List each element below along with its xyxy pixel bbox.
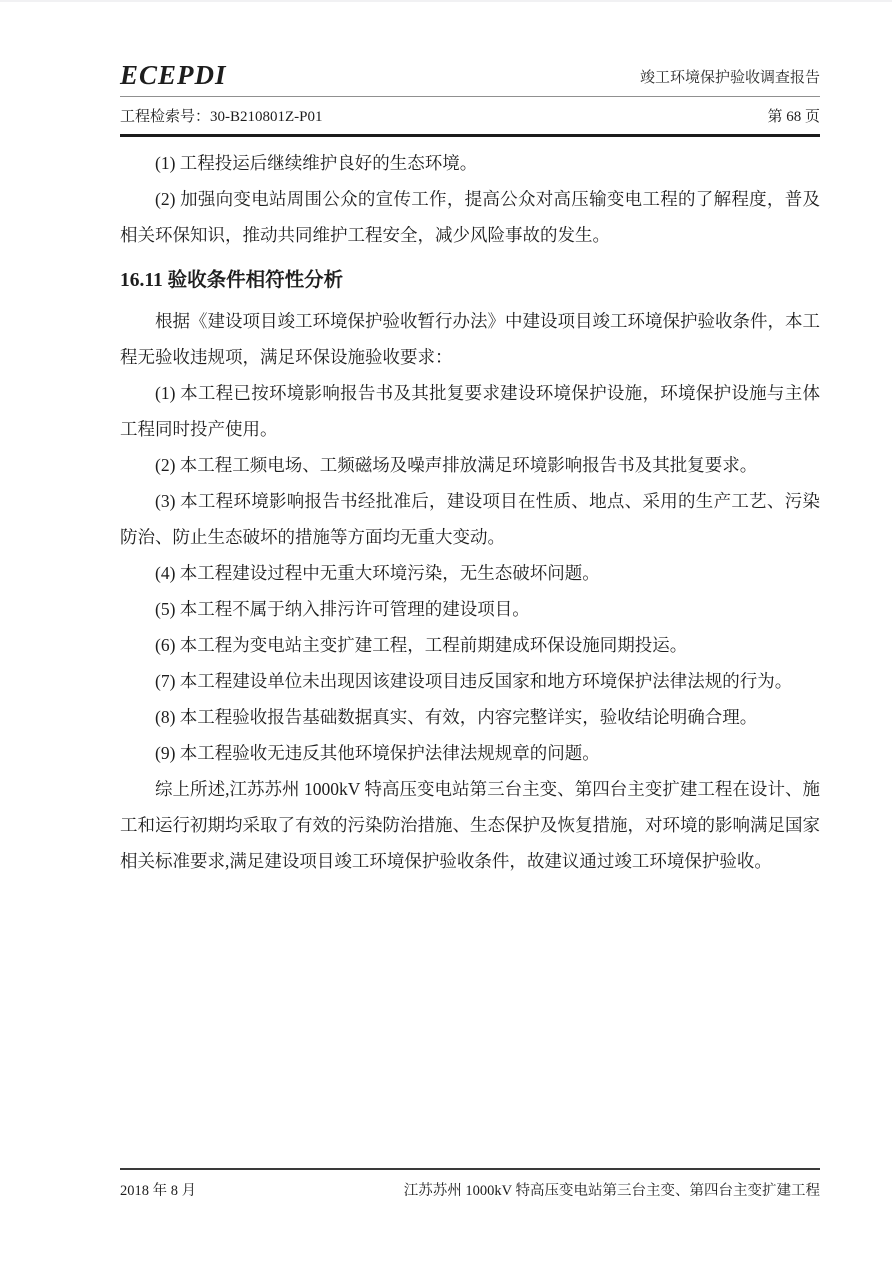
paragraph-intro: 根据《建设项目竣工环境保护验收暂行办法》中建设项目竣工环境保护验收条件，本工程无… [120,303,820,375]
paragraph-recommendation-1: (1) 工程投运后继续维护良好的生态环境。 [120,145,820,181]
paragraph-condition-7: (7) 本工程建设单位未出现因该建设项目违反国家和地方环境保护法律法规的行为。 [120,663,820,699]
document-body: (1) 工程投运后继续维护良好的生态环境。 (2) 加强向变电站周围公众的宣传工… [0,137,892,879]
section-heading-16-11: 16.11 验收条件相符性分析 [120,263,820,299]
project-index-number: 工程检索号：30-B210801Z-P01 [120,105,323,126]
page-number: 第 68 页 [767,105,820,126]
page-footer: 2018 年 8 月 江苏苏州 1000kV 特高压变电站第三台主变、第四台主变… [120,1168,820,1200]
paragraph-condition-5: (5) 本工程不属于纳入排污许可管理的建设项目。 [120,591,820,627]
paragraph-condition-3: (3) 本工程环境影响报告书经批准后，建设项目在性质、地点、采用的生产工艺、污染… [120,483,820,555]
paragraph-condition-9: (9) 本工程验收无违反其他环境保护法律法规规章的问题。 [120,735,820,771]
paragraph-condition-8: (8) 本工程验收报告基础数据真实、有效，内容完整详实，验收结论明确合理。 [120,699,820,735]
paragraph-condition-6: (6) 本工程为变电站主变扩建工程，工程前期建成环保设施同期投运。 [120,627,820,663]
paragraph-conclusion: 综上所述,江苏苏州 1000kV 特高压变电站第三台主变、第四台主变扩建工程在设… [120,771,820,879]
paragraph-condition-4: (4) 本工程建设过程中无重大环境污染，无生态破坏问题。 [120,555,820,591]
page-header: ECEPDI 竣工环境保护验收调查报告 工程检索号：30-B210801Z-P0… [0,2,892,137]
paragraph-condition-2: (2) 本工程工频电场、工频磁场及噪声排放满足环境影响报告书及其批复要求。 [120,447,820,483]
report-title: 竣工环境保护验收调查报告 [640,66,820,89]
footer-date: 2018 年 8 月 [120,1179,196,1200]
header-meta-row: 工程检索号：30-B210801Z-P01 第 68 页 [120,97,820,134]
header-logo-row: ECEPDI 竣工环境保护验收调查报告 [120,62,820,96]
paragraph-recommendation-2: (2) 加强向变电站周围公众的宣传工作，提高公众对高压输变电工程的了解程度，普及… [120,181,820,253]
ecepdi-logo: ECEPDI [120,62,227,89]
document-page: ECEPDI 竣工环境保护验收调查报告 工程检索号：30-B210801Z-P0… [0,0,892,1263]
footer-project-name: 江苏苏州 1000kV 特高压变电站第三台主变、第四台主变扩建工程 [404,1179,820,1200]
paragraph-condition-1: (1) 本工程已按环境影响报告书及其批复要求建设环境保护设施，环境保护设施与主体… [120,375,820,447]
